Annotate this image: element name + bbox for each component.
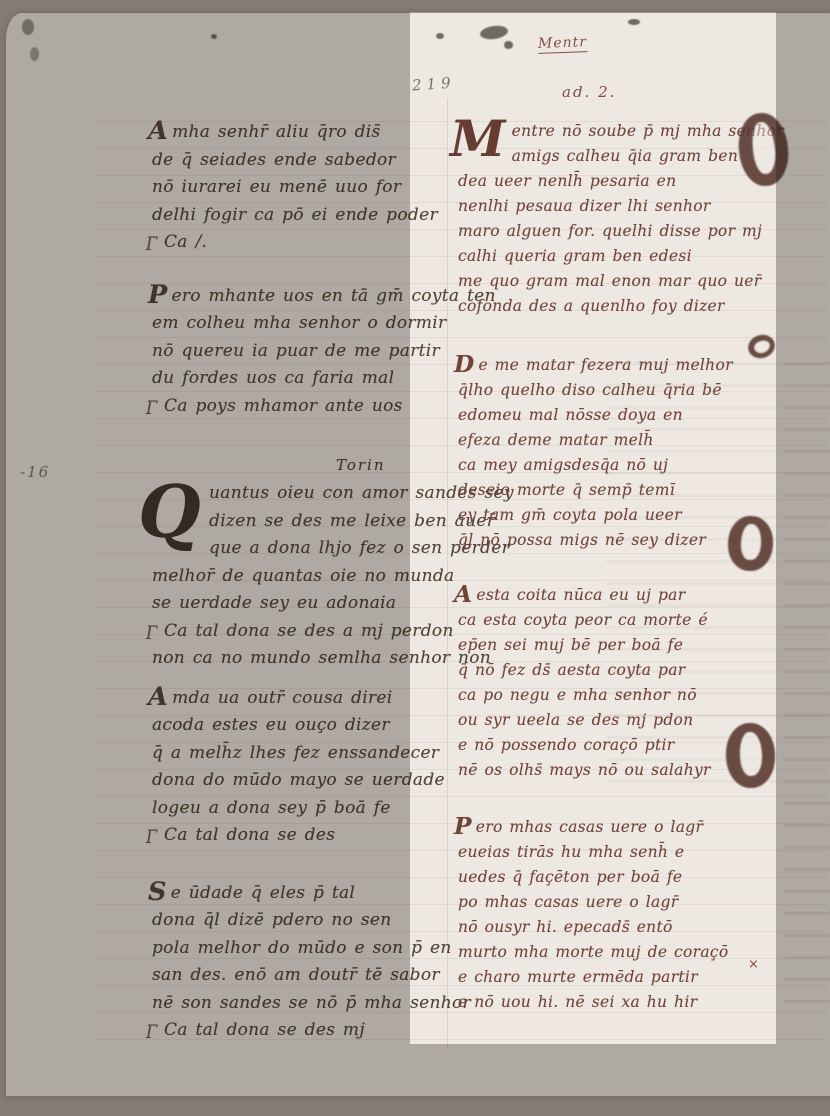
- verse-line: Ca /.: [152, 229, 482, 257]
- verse-line: e ūdade q̄ eles p̄ tal: [152, 880, 482, 908]
- stanza: Amha senhr̄ aliu q̄ro dis̄de q̄ seiades …: [152, 119, 482, 257]
- verse-line: maro alguen for. quelhi disse por mj: [458, 219, 806, 244]
- ink-blot: [725, 722, 776, 789]
- verse-line: logeu a dona sey p̄ boā fe: [152, 795, 482, 823]
- stanza: Pero mhante uos en tā gm̄ coyta tenem co…: [152, 283, 482, 421]
- verse-line: mha senhr̄ aliu q̄ro dis̄: [152, 119, 482, 147]
- verse-line: q̄ a melh̄z lhes fez enssandecer: [152, 740, 482, 768]
- verse-line: eueias tirās hu mha senh̄ e: [458, 840, 806, 865]
- edge-stain: [479, 24, 509, 41]
- verse-line: du fordes uos ca faria mal: [152, 365, 482, 393]
- verse-line: mda ua outr̄ cousa direi: [152, 685, 482, 713]
- edge-stain: [22, 19, 34, 35]
- verse-line: pola melhor do mūdo e son p̄ en: [152, 935, 482, 963]
- manuscript-scan: Mentr 219 ad. 2. -16 Amha senhr̄ aliu q̄…: [0, 0, 830, 1116]
- verse-line: Ca tal dona se des mj: [152, 1017, 482, 1045]
- verse-line: non ca no mundo semlha senhor non: [152, 645, 482, 673]
- verse-line: nō ousyr hi. epecads̄ entō: [458, 915, 806, 940]
- verse-line: q̄lho quelho diso calheu q̄ria bē: [458, 378, 806, 403]
- verse-line: nō iurarei eu menē uuo for: [152, 174, 482, 202]
- verse-line: que a dona lhjo fez o sen perder: [152, 535, 482, 563]
- verse-line: se uerdade sey eu adonaia: [152, 590, 482, 618]
- verse-line: delhi fogir ca pō ei ende poder: [152, 202, 482, 230]
- quire-mark: ad. 2.: [562, 83, 616, 101]
- verse-line: nē son sandes se nō p̄ mha senhor: [152, 990, 482, 1018]
- verse-line: dona q̄l dizē pdero no sen: [152, 907, 482, 935]
- verse-line: Ca tal dona se des: [152, 822, 482, 850]
- left-text-column: Amha senhr̄ aliu q̄ro dis̄de q̄ seiades …: [152, 113, 482, 1045]
- verse-line: Ca poys mhamor ante uos: [152, 393, 482, 421]
- verse-line: san des. enō am doutr̄ tē sabor: [152, 962, 482, 990]
- verse-line: ca mey amigsdesq̄a nō uj: [458, 453, 806, 478]
- verse-line: ep̄en sei muj bē per boā fe: [458, 633, 806, 658]
- verse-line: em colheu mha senhor o dormir: [152, 310, 482, 338]
- edge-stain: [30, 47, 39, 61]
- verse-line: edomeu mal nōsse doya en: [458, 403, 806, 428]
- verse-line: nenlhi pesaua dizer lhi senhor: [458, 194, 806, 219]
- red-margin-mark: ×: [748, 957, 759, 972]
- verse-line: po mhas casas uere o lagr̄: [458, 890, 806, 915]
- verse-line: q̄ nō fez ds̄ aesta coyta par: [458, 658, 806, 683]
- verse-line: de q̄ seiades ende sabedor: [152, 147, 482, 175]
- running-title: Mentr: [538, 34, 588, 54]
- verse-line: ca po negu e mha senhor nō: [458, 683, 806, 708]
- verse-line: deseio morte q̄ semp̄ temī: [458, 478, 806, 503]
- verse-line: calhi queria gram ben edesi: [458, 244, 806, 269]
- verse-line: uantus oieu con amor sandes sey: [152, 480, 482, 508]
- stanza: TorinQuantus oieu con amor sandes seydiz…: [152, 454, 482, 673]
- verse-line: efeza deme matar melh̄: [458, 428, 806, 453]
- stanza: Se ūdade q̄ eles p̄ taldona q̄l dizē pde…: [152, 880, 482, 1045]
- folio-number: 219: [411, 73, 456, 94]
- edge-stain: [628, 19, 640, 25]
- verse-line: nō quereu ia puar de me partir: [152, 338, 482, 366]
- verse-line: cofonda des a quenlho foy dizer: [458, 294, 806, 319]
- verse-line: e nō uou hi. nē sei xa hu hir: [458, 990, 806, 1015]
- margin-pencil-note: -16: [20, 463, 50, 481]
- verse-line: dizen se des me leixe ben auer̄: [152, 508, 482, 536]
- verse-line: dona do mūdo mayo se uerdade: [152, 767, 482, 795]
- edge-stain: [436, 33, 444, 39]
- stanza: Amda ua outr̄ cousa direiacoda estes eu …: [152, 685, 482, 850]
- verse-line: melhor̄ de quantas oie no munda: [152, 563, 482, 591]
- verse-line: ca esta coyta peor ca morte é: [458, 608, 806, 633]
- verse-line: Ca tal dona se des a mj perdon: [152, 618, 482, 646]
- verse-line: uedes q̄ façēton per boā fe: [458, 865, 806, 890]
- verse-line: me quo gram mal enon mar quo uer̄: [458, 269, 806, 294]
- verse-line: esta coita nūca eu uj par: [458, 583, 806, 608]
- edge-stain: [211, 34, 217, 39]
- stanza: Pero mhas casas uere o lagr̄eueias tirās…: [458, 815, 806, 1015]
- manuscript-page: Mentr 219 ad. 2. -16 Amha senhr̄ aliu q̄…: [6, 13, 830, 1096]
- verse-line: ero mhas casas uere o lagr̄: [458, 815, 806, 840]
- verse-line: acoda estes eu ouço dizer: [152, 712, 482, 740]
- edge-stain: [504, 41, 513, 49]
- verse-line: ero mhante uos en tā gm̄ coyta ten: [152, 283, 482, 311]
